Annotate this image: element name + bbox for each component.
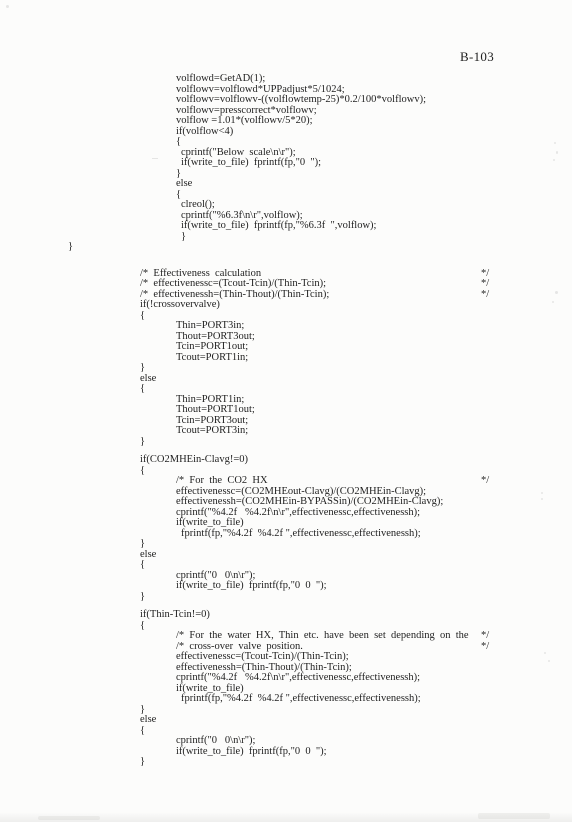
code-text: Thin=PORT3in;: [176, 321, 244, 332]
code-line: else: [0, 179, 572, 190]
scan-speck: [6, 5, 9, 8]
code-text: }: [68, 242, 73, 253]
code-line: if(write_to_file) fprintf(fp,"0 0 ");: [0, 747, 572, 758]
code-line: else: [0, 374, 572, 385]
code-text: else: [176, 179, 192, 190]
code-text: clreol();: [181, 200, 215, 211]
code-text: {: [140, 621, 145, 632]
code-line: if(write_to_file): [0, 518, 572, 529]
code-line: else: [0, 715, 572, 726]
code-text: /* effectivenessc=(Tcout-Tcin)/(Thin-Tci…: [140, 279, 326, 290]
code-text: if(volflow<4): [176, 127, 233, 138]
code-text: Thout=PORT1out;: [176, 405, 255, 416]
code-line: if(write_to_file) fprintf(fp,"0 ");: [0, 158, 572, 169]
scan-speck: [152, 158, 158, 159]
code-line: /* For the CO2 HX*/: [0, 476, 572, 487]
code-text: if(write_to_file) fprintf(fp,"0 0 ");: [176, 581, 327, 592]
code-line: volflowv=volflowv-((volflowtemp-25)*0.2/…: [0, 95, 572, 106]
code-text: {: [176, 137, 181, 148]
code-text: }: [140, 539, 145, 550]
scan-speck: [554, 142, 556, 144]
code-text: if(Thin-Tcin!=0): [140, 610, 210, 621]
code-text: }: [140, 757, 145, 768]
code-line: cprintf("%4.2f %4.2f\n\r",effectivenessc…: [0, 508, 572, 519]
blank-line: [0, 602, 572, 610]
code-text: }: [140, 437, 145, 448]
code-line: fprintf(fp,"%4.2f %4.2f ",effectivenessc…: [0, 694, 572, 705]
code-text: if(write_to_file) fprintf(fp,"0 ");: [181, 158, 321, 169]
code-line: {: [0, 726, 572, 737]
blank-line: [0, 253, 572, 269]
code-line: }: [0, 539, 572, 550]
code-text: /* For the water HX, Thin etc. have been…: [176, 631, 469, 642]
code-line: cprintf("%4.2f %4.2f\n\r",effectivenessc…: [0, 673, 572, 684]
code-line: volflowd=GetAD(1);: [0, 74, 572, 85]
code-text: {: [140, 726, 145, 737]
scan-speck: [548, 660, 550, 662]
code-text: }: [140, 592, 145, 603]
scan-edge-shadow: [0, 812, 572, 822]
comment-close: */: [481, 476, 489, 487]
code-line: {: [0, 384, 572, 395]
code-line: }: [0, 232, 572, 243]
code-line: cprintf("0 0\n\r");: [0, 736, 572, 747]
code-line: if(write_to_file) fprintf(fp,"%6.3f ",vo…: [0, 221, 572, 232]
comment-close: */: [481, 279, 489, 290]
comment-close: */: [481, 631, 489, 642]
code-line: }: [0, 437, 572, 448]
code-line: }: [0, 242, 572, 253]
blank-line: [0, 447, 572, 455]
code-line: effectivenessh=(CO2MHEin-BYPASSin)/(CO2M…: [0, 497, 572, 508]
code-line: }: [0, 705, 572, 716]
code-text: {: [140, 560, 145, 571]
code-line: }: [0, 757, 572, 768]
code-line: Tcin=PORT1out;: [0, 342, 572, 353]
code-text: Tcout=PORT3in;: [176, 426, 248, 437]
code-text: else: [140, 715, 156, 726]
code-text: {: [140, 466, 145, 477]
scan-speck: [541, 492, 543, 494]
code-line: /* effectivenessc=(Tcout-Tcin)/(Thin-Tci…: [0, 279, 572, 290]
code-line: /* For the water HX, Thin etc. have been…: [0, 631, 572, 642]
code-line: {: [0, 137, 572, 148]
code-text: {: [140, 384, 145, 395]
code-text: }: [181, 232, 186, 243]
code-line: if(volflow<4): [0, 127, 572, 138]
scan-speck: [552, 301, 554, 303]
page-number: B-103: [460, 49, 494, 65]
code-line: if(write_to_file) fprintf(fp,"0 0 ");: [0, 581, 572, 592]
comment-close: */: [481, 290, 489, 301]
code-text: effectivenessh=(CO2MHEin-BYPASSin)/(CO2M…: [176, 497, 443, 508]
code-text: if(write_to_file) fprintf(fp,"%6.3f ",vo…: [181, 221, 376, 232]
code-text: fprintf(fp,"%4.2f %4.2f ",effectivenessc…: [181, 529, 421, 540]
scan-speck: [541, 498, 543, 500]
scan-speck: [556, 151, 558, 154]
code-text: if(!crossovervalve): [140, 300, 220, 311]
code-line: }: [0, 592, 572, 603]
code-line: }: [0, 169, 572, 180]
code-line: Thout=PORT3out;: [0, 332, 572, 343]
code-line: effectivenessc=(Tcout-Tcin)/(Thin-Tcin);: [0, 652, 572, 663]
code-line: {: [0, 190, 572, 201]
code-text: {: [140, 311, 145, 322]
code-line: /* effectivenessh=(Thin-Thout)/(Thin-Tci…: [0, 290, 572, 301]
code-text: effectivenessc=(Tcout-Tcin)/(Thin-Tcin);: [176, 652, 349, 663]
scan-speck: [544, 652, 546, 654]
code-line: if(CO2MHEin-Clavg!=0): [0, 455, 572, 466]
code-text: volflowd=GetAD(1);: [176, 74, 265, 85]
code-line: Thout=PORT1out;: [0, 405, 572, 416]
code-line: if(!crossovervalve): [0, 300, 572, 311]
code-text: Tcout=PORT1in;: [176, 353, 248, 364]
code-text: cprintf("0 0\n\r");: [176, 736, 255, 747]
code-line: Thin=PORT1in;: [0, 395, 572, 406]
comment-close: */: [481, 642, 489, 653]
code-text: Tcin=PORT1out;: [176, 342, 248, 353]
code-text: if(CO2MHEin-Clavg!=0): [140, 455, 248, 466]
code-block: volflowd=GetAD(1);volflowv=volflowd*UPPa…: [0, 74, 572, 768]
code-text: volflowv=volflowv-((volflowtemp-25)*0.2/…: [176, 95, 426, 106]
code-line: Tcout=PORT3in;: [0, 426, 572, 437]
code-line: }: [0, 363, 572, 374]
scanned-document-page: B-103 volflowd=GetAD(1);volflowv=volflow…: [0, 0, 572, 822]
code-line: Tcin=PORT3out;: [0, 416, 572, 427]
code-line: volflow =1.01*(volflowv/5*20);: [0, 116, 572, 127]
code-text: }: [140, 363, 145, 374]
code-line: fprintf(fp,"%4.2f %4.2f ",effectivenessc…: [0, 529, 572, 540]
code-line: Thin=PORT3in;: [0, 321, 572, 332]
code-line: {: [0, 311, 572, 322]
code-line: clreol();: [0, 200, 572, 211]
code-text: fprintf(fp,"%4.2f %4.2f ",effectivenessc…: [181, 694, 421, 705]
scan-speck: [555, 291, 558, 294]
code-line: Tcout=PORT1in;: [0, 353, 572, 364]
code-text: if(write_to_file): [176, 518, 244, 529]
code-text: if(write_to_file) fprintf(fp,"0 0 ");: [176, 747, 327, 758]
code-text: volflow =1.01*(volflowv/5*20);: [176, 116, 313, 127]
scan-speck: [553, 159, 555, 161]
code-text: cprintf("%4.2f %4.2f\n\r",effectivenessc…: [176, 673, 420, 684]
code-line: if(Thin-Tcin!=0): [0, 610, 572, 621]
code-text: /* For the CO2 HX: [176, 476, 268, 487]
code-line: {: [0, 560, 572, 571]
code-line: else: [0, 550, 572, 561]
